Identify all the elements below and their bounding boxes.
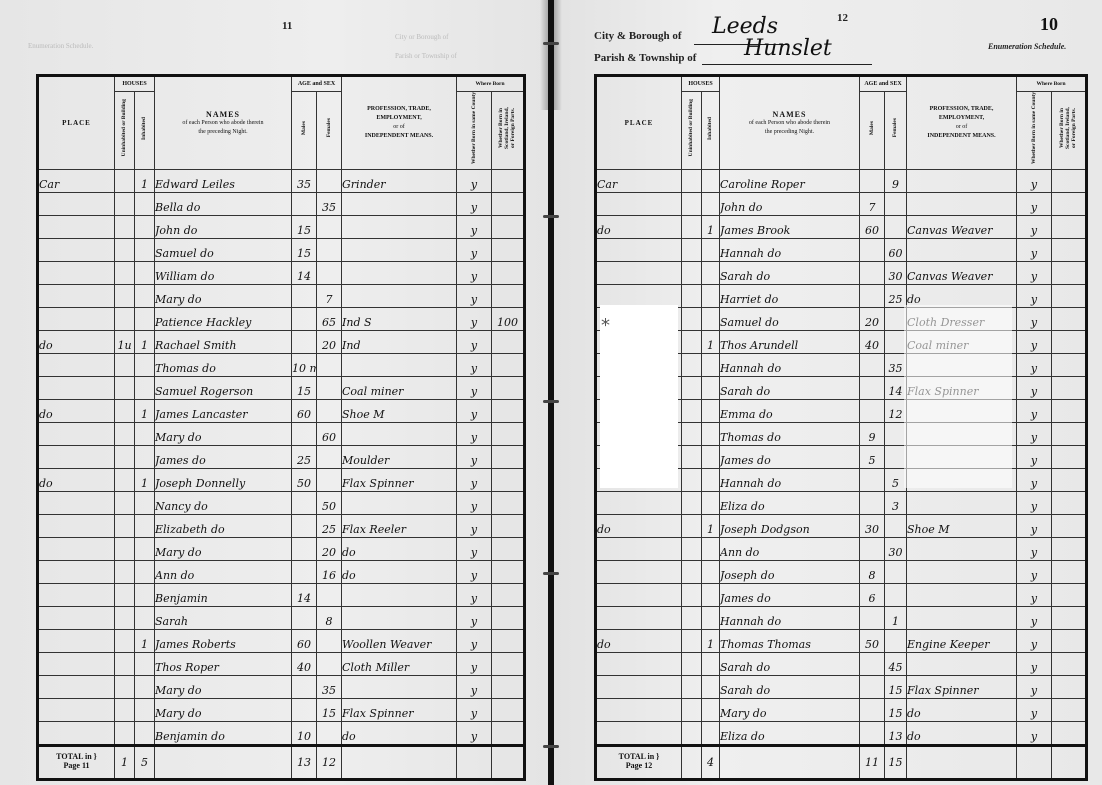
cell-male-age: 14 bbox=[292, 584, 317, 607]
cell-female-age: 45 bbox=[885, 653, 907, 676]
cell-place bbox=[38, 653, 115, 676]
cell-uninhabited bbox=[115, 722, 135, 746]
cell-inhabited bbox=[702, 377, 720, 400]
col-place: PLACE bbox=[38, 76, 115, 170]
cell-uninhabited bbox=[682, 354, 702, 377]
cell-name: Harriet do bbox=[720, 285, 860, 308]
cell-name: Mary do bbox=[155, 676, 292, 699]
cell-place bbox=[596, 676, 682, 699]
cell-inhabited bbox=[135, 676, 155, 699]
cell-born-county: y bbox=[457, 722, 492, 746]
cell-uninhabited bbox=[682, 538, 702, 561]
cell-uninhabited bbox=[682, 561, 702, 584]
cell-profession: Moulder bbox=[342, 446, 457, 469]
cell-uninhabited bbox=[115, 354, 135, 377]
cell-name: Samuel do bbox=[720, 308, 860, 331]
cell-born-county: y bbox=[457, 216, 492, 239]
cell-born-other bbox=[492, 170, 525, 193]
col-inhabited-label: Inhabited bbox=[141, 117, 147, 140]
table-row: Mary do60y bbox=[38, 423, 525, 446]
cell-profession: Ind bbox=[342, 331, 457, 354]
cell-name: Caroline Roper bbox=[720, 170, 860, 193]
cell-female-age: 7 bbox=[317, 285, 342, 308]
left-page-number: 11 bbox=[282, 20, 292, 32]
cell-profession bbox=[342, 354, 457, 377]
cell-name: Nancy do bbox=[155, 492, 292, 515]
cell-born-other bbox=[1052, 285, 1087, 308]
cell-born-county: y bbox=[1017, 285, 1052, 308]
table-row: James do25Mouldery bbox=[38, 446, 525, 469]
cell-born-other bbox=[1052, 515, 1087, 538]
col-females-label: Females bbox=[326, 118, 332, 137]
cell-born-other bbox=[1052, 354, 1087, 377]
col-uninhabited-label: Uninhabited or Building bbox=[688, 99, 694, 156]
cell-uninhabited bbox=[682, 676, 702, 699]
col-males-label: Males bbox=[869, 121, 875, 135]
cell-born-other bbox=[492, 607, 525, 630]
cell-male-age: 50 bbox=[292, 469, 317, 492]
col-born-county-label: Whether Born in same County bbox=[1031, 92, 1037, 164]
cell-born-county: y bbox=[457, 193, 492, 216]
cell-uninhabited bbox=[682, 584, 702, 607]
cell-born-other bbox=[1052, 331, 1087, 354]
col-prof-1: PROFESSION, TRADE, bbox=[907, 105, 1016, 114]
cell-place bbox=[38, 676, 115, 699]
cell-born-county: y bbox=[1017, 561, 1052, 584]
cell-place bbox=[38, 538, 115, 561]
cell-inhabited bbox=[702, 446, 720, 469]
cell-male-age: 5 bbox=[860, 446, 885, 469]
cell-uninhabited bbox=[115, 308, 135, 331]
book-spine bbox=[548, 0, 554, 785]
cell-female-age: 1 bbox=[885, 607, 907, 630]
cell-uninhabited bbox=[682, 653, 702, 676]
col-born-scotland: Whether Born in Scotland, Ireland, or Fo… bbox=[492, 92, 525, 170]
cell-born-county: y bbox=[1017, 538, 1052, 561]
col-prof-3: or of bbox=[907, 123, 1016, 132]
cell-born-other bbox=[1052, 377, 1087, 400]
cell-place: do bbox=[38, 469, 115, 492]
cell-place bbox=[38, 377, 115, 400]
cell-profession: Flax Spinner bbox=[342, 469, 457, 492]
cell-born-other bbox=[1052, 607, 1087, 630]
table-row: Sarah do45y bbox=[596, 653, 1087, 676]
cell-female-age bbox=[317, 216, 342, 239]
cell-born-county: y bbox=[1017, 676, 1052, 699]
cell-name: Rachael Smith bbox=[155, 331, 292, 354]
cell-profession bbox=[342, 423, 457, 446]
cell-place bbox=[38, 308, 115, 331]
cell-uninhabited: 1u bbox=[115, 331, 135, 354]
col-names-sub1: of each Person who abode therein bbox=[720, 119, 859, 128]
col-prof-4: INDEPENDENT MEANS. bbox=[342, 132, 456, 141]
table-row: Mary do7y bbox=[38, 285, 525, 308]
col-born-scotland-label: Whether Born in Scotland, Ireland, or Fo… bbox=[1059, 104, 1077, 152]
cell-born-other bbox=[492, 423, 525, 446]
cell-female-age bbox=[885, 630, 907, 653]
cell-profession: Shoe M bbox=[907, 515, 1017, 538]
table-row: Samuel do15y bbox=[38, 239, 525, 262]
cell-uninhabited bbox=[115, 561, 135, 584]
cell-profession bbox=[907, 170, 1017, 193]
cell-female-age: 25 bbox=[317, 515, 342, 538]
cell-female-age: 30 bbox=[885, 262, 907, 285]
cell-name: Sarah do bbox=[720, 653, 860, 676]
cell-place bbox=[38, 515, 115, 538]
col-names-sub2: the preceding Night. bbox=[720, 128, 859, 137]
table-row: Ann do16doy bbox=[38, 561, 525, 584]
cell-born-other bbox=[492, 446, 525, 469]
total-uninhabited: 1 bbox=[115, 746, 135, 780]
cell-born-county: y bbox=[1017, 584, 1052, 607]
cell-uninhabited bbox=[115, 630, 135, 653]
col-born-scotland-label: Whether Born in Scotland, Ireland, or Fo… bbox=[498, 104, 516, 152]
cell-profession: Canvas Weaver bbox=[907, 262, 1017, 285]
col-born-scotland: Whether Born in Scotland, Ireland, or Fo… bbox=[1052, 92, 1087, 170]
cell-born-county: y bbox=[1017, 170, 1052, 193]
cell-born-county: y bbox=[457, 653, 492, 676]
cell-profession bbox=[907, 584, 1017, 607]
table-row: William do14y bbox=[38, 262, 525, 285]
cell-inhabited bbox=[135, 699, 155, 722]
cell-born-county: y bbox=[457, 354, 492, 377]
cell-inhabited bbox=[702, 584, 720, 607]
right-page: 12 10 Enumeration Schedule. City & Borou… bbox=[552, 0, 1102, 785]
cell-place: do bbox=[596, 515, 682, 538]
cell-female-age: 15 bbox=[317, 699, 342, 722]
cell-uninhabited bbox=[682, 469, 702, 492]
cell-uninhabited bbox=[115, 469, 135, 492]
cell-male-age bbox=[292, 607, 317, 630]
cell-profession: do bbox=[907, 722, 1017, 746]
cell-born-other bbox=[1052, 722, 1087, 746]
cell-profession: Shoe M bbox=[342, 400, 457, 423]
cell-place bbox=[38, 216, 115, 239]
cell-born-other bbox=[1052, 561, 1087, 584]
cell-inhabited: 1 bbox=[702, 216, 720, 239]
cell-born-county: y bbox=[457, 515, 492, 538]
cell-name: James Brook bbox=[720, 216, 860, 239]
cell-inhabited bbox=[135, 584, 155, 607]
cell-female-age bbox=[317, 377, 342, 400]
col-names-sub1: of each Person who abode therein bbox=[155, 119, 291, 128]
cell-male-age: 10 bbox=[292, 722, 317, 746]
total-born-blank bbox=[457, 746, 492, 780]
cell-born-county: y bbox=[1017, 262, 1052, 285]
cell-male-age bbox=[860, 285, 885, 308]
cell-born-other bbox=[492, 630, 525, 653]
cell-born-county: y bbox=[457, 377, 492, 400]
cell-inhabited: 1 bbox=[135, 331, 155, 354]
cell-uninhabited bbox=[682, 492, 702, 515]
table-row: Ann do30y bbox=[596, 538, 1087, 561]
col-prof-1: PROFESSION, TRADE, bbox=[342, 105, 456, 114]
table-row: CarCaroline Roper9y bbox=[596, 170, 1087, 193]
col-where-born: Where Born bbox=[457, 76, 525, 92]
table-row: Joseph do8y bbox=[596, 561, 1087, 584]
cell-uninhabited bbox=[682, 331, 702, 354]
cell-born-county: y bbox=[1017, 193, 1052, 216]
cell-uninhabited bbox=[682, 308, 702, 331]
cell-inhabited bbox=[702, 653, 720, 676]
cell-born-county: y bbox=[1017, 722, 1052, 746]
cell-name: Joseph Dodgson bbox=[720, 515, 860, 538]
total-row: TOTAL in }Page 11151312 bbox=[38, 746, 525, 780]
cell-inhabited bbox=[135, 308, 155, 331]
cell-name: Bella do bbox=[155, 193, 292, 216]
cell-female-age: 35 bbox=[317, 193, 342, 216]
cell-born-other bbox=[492, 285, 525, 308]
cell-born-county: y bbox=[1017, 469, 1052, 492]
cell-profession: Flax Spinner bbox=[907, 676, 1017, 699]
total-females: 12 bbox=[317, 746, 342, 780]
col-names-title: NAMES bbox=[720, 110, 859, 119]
cell-place bbox=[38, 239, 115, 262]
total-names-blank bbox=[720, 746, 860, 780]
table-row: 1James Roberts60Woollen Weavery bbox=[38, 630, 525, 653]
cell-male-age: 10 months bbox=[292, 354, 317, 377]
cell-name: James Roberts bbox=[155, 630, 292, 653]
cell-born-county: y bbox=[1017, 239, 1052, 262]
table-row: Mary do15doy bbox=[596, 699, 1087, 722]
col-names: NAMES of each Person who abode therein t… bbox=[720, 76, 860, 170]
cell-name: Thomas Thomas bbox=[720, 630, 860, 653]
cell-born-other bbox=[1052, 492, 1087, 515]
table-row: do1Joseph Dodgson30Shoe My bbox=[596, 515, 1087, 538]
cell-born-county: y bbox=[457, 262, 492, 285]
cell-name: Patience Hackley bbox=[155, 308, 292, 331]
cell-inhabited bbox=[135, 492, 155, 515]
cell-inhabited bbox=[135, 538, 155, 561]
cell-born-other bbox=[492, 239, 525, 262]
cell-uninhabited bbox=[115, 423, 135, 446]
cell-born-other bbox=[1052, 423, 1087, 446]
cell-female-age bbox=[317, 584, 342, 607]
cell-male-age: 40 bbox=[292, 653, 317, 676]
cell-place bbox=[596, 722, 682, 746]
cell-inhabited bbox=[135, 561, 155, 584]
cell-name: Hannah do bbox=[720, 469, 860, 492]
cell-male-age bbox=[860, 354, 885, 377]
total-males: 13 bbox=[292, 746, 317, 780]
cell-name: Sarah do bbox=[720, 676, 860, 699]
cell-inhabited bbox=[702, 469, 720, 492]
cell-born-other bbox=[492, 653, 525, 676]
cell-male-age bbox=[292, 423, 317, 446]
left-page: 11 Enumeration Schedule. City or Borough… bbox=[0, 0, 552, 785]
cell-male-age: 14 bbox=[292, 262, 317, 285]
cell-born-county: y bbox=[457, 676, 492, 699]
cell-place bbox=[596, 653, 682, 676]
cell-place: Car bbox=[38, 170, 115, 193]
cell-inhabited bbox=[702, 699, 720, 722]
col-females: Females bbox=[885, 92, 907, 170]
table-row: Sarah do15Flax Spinnery bbox=[596, 676, 1087, 699]
cell-name: William do bbox=[155, 262, 292, 285]
cell-uninhabited bbox=[115, 538, 135, 561]
cell-name: Thomas do bbox=[720, 423, 860, 446]
total-uninhabited bbox=[682, 746, 702, 780]
cell-female-age bbox=[317, 170, 342, 193]
cell-male-age: 15 bbox=[292, 216, 317, 239]
cell-uninhabited bbox=[682, 170, 702, 193]
cell-place: do bbox=[596, 216, 682, 239]
cell-uninhabited bbox=[682, 630, 702, 653]
cell-place bbox=[38, 561, 115, 584]
col-born-county: Whether Born in same County bbox=[1017, 92, 1052, 170]
cell-place bbox=[38, 584, 115, 607]
cell-born-other bbox=[1052, 538, 1087, 561]
cell-profession bbox=[907, 239, 1017, 262]
cell-name: John do bbox=[155, 216, 292, 239]
cell-female-age: 16 bbox=[317, 561, 342, 584]
table-row: Eliza do13doy bbox=[596, 722, 1087, 746]
cell-born-county: y bbox=[457, 607, 492, 630]
cell-born-county: y bbox=[1017, 515, 1052, 538]
col-names-title: NAMES bbox=[155, 110, 291, 119]
cell-female-age bbox=[885, 515, 907, 538]
parish-value: Hunslet bbox=[744, 36, 832, 61]
cell-female-age bbox=[885, 193, 907, 216]
table-row: Mary do15Flax Spinnery bbox=[38, 699, 525, 722]
cell-male-age bbox=[292, 699, 317, 722]
cell-born-other bbox=[1052, 699, 1087, 722]
col-inhabited: Inhabited bbox=[702, 92, 720, 170]
cell-name: James do bbox=[155, 446, 292, 469]
cell-place bbox=[38, 285, 115, 308]
col-born-county-label: Whether Born in same County bbox=[471, 92, 477, 164]
cell-inhabited: 1 bbox=[702, 630, 720, 653]
cell-inhabited bbox=[135, 377, 155, 400]
cell-name: James Lancaster bbox=[155, 400, 292, 423]
cell-born-other bbox=[1052, 170, 1087, 193]
cell-born-county: y bbox=[1017, 630, 1052, 653]
cell-name: James do bbox=[720, 446, 860, 469]
cell-inhabited bbox=[135, 285, 155, 308]
cell-born-other bbox=[492, 400, 525, 423]
cell-female-age: 20 bbox=[317, 331, 342, 354]
cell-born-other bbox=[1052, 193, 1087, 216]
cell-female-age: 65 bbox=[317, 308, 342, 331]
cell-male-age: 60 bbox=[860, 216, 885, 239]
col-prof-3: or of bbox=[342, 123, 456, 132]
cell-place bbox=[596, 538, 682, 561]
total-inhabited: 5 bbox=[135, 746, 155, 780]
table-row: Car1Edward Leiles35Grindery bbox=[38, 170, 525, 193]
cell-place: do bbox=[38, 331, 115, 354]
cell-name: Mary do bbox=[155, 538, 292, 561]
cell-place bbox=[38, 354, 115, 377]
table-row: do1Joseph Donnelly50Flax Spinnery bbox=[38, 469, 525, 492]
cell-female-age: 20 bbox=[317, 538, 342, 561]
cell-born-other bbox=[492, 676, 525, 699]
cell-born-other bbox=[1052, 308, 1087, 331]
total-females: 15 bbox=[885, 746, 907, 780]
cell-uninhabited bbox=[115, 193, 135, 216]
cell-born-county: y bbox=[457, 446, 492, 469]
cell-born-county: y bbox=[457, 308, 492, 331]
cell-inhabited bbox=[702, 354, 720, 377]
cell-place bbox=[596, 607, 682, 630]
cell-born-other bbox=[1052, 469, 1087, 492]
cell-place bbox=[38, 423, 115, 446]
col-inhabited: Inhabited bbox=[135, 92, 155, 170]
cell-male-age bbox=[860, 676, 885, 699]
cell-inhabited bbox=[135, 193, 155, 216]
faded-bleedthrough-left: Enumeration Schedule. bbox=[28, 42, 93, 50]
table-row: Bella do35y bbox=[38, 193, 525, 216]
cell-male-age bbox=[860, 699, 885, 722]
cell-inhabited: 1 bbox=[135, 630, 155, 653]
col-houses: HOUSES bbox=[115, 76, 155, 92]
cell-born-county: y bbox=[457, 492, 492, 515]
cell-born-county: y bbox=[457, 561, 492, 584]
col-uninhabited: Uninhabited or Building bbox=[115, 92, 135, 170]
cell-male-age bbox=[292, 492, 317, 515]
cell-born-other bbox=[1052, 262, 1087, 285]
cell-female-age bbox=[885, 584, 907, 607]
cell-male-age: 20 bbox=[860, 308, 885, 331]
cell-uninhabited bbox=[682, 285, 702, 308]
cell-female-age: 9 bbox=[885, 170, 907, 193]
cell-male-age bbox=[860, 239, 885, 262]
table-row: do1James Lancaster60Shoe My bbox=[38, 400, 525, 423]
cell-female-age: 30 bbox=[885, 538, 907, 561]
cell-born-county: y bbox=[457, 423, 492, 446]
total-inhabited: 4 bbox=[702, 746, 720, 780]
cell-inhabited bbox=[702, 262, 720, 285]
cell-born-other bbox=[492, 354, 525, 377]
cell-born-other bbox=[492, 216, 525, 239]
cell-inhabited: 1 bbox=[702, 515, 720, 538]
cell-male-age bbox=[292, 308, 317, 331]
cell-male-age bbox=[860, 607, 885, 630]
table-row: Mary do35y bbox=[38, 676, 525, 699]
table-row: do1Thomas Thomas50Engine Keepery bbox=[596, 630, 1087, 653]
cell-profession bbox=[342, 262, 457, 285]
cell-profession: Flax Reeler bbox=[342, 515, 457, 538]
cell-profession bbox=[342, 216, 457, 239]
cell-born-other bbox=[492, 492, 525, 515]
table-row: Benjamin do10doy bbox=[38, 722, 525, 746]
table-row: do1u1Rachael Smith20Indy bbox=[38, 331, 525, 354]
cell-uninhabited bbox=[115, 515, 135, 538]
cell-inhabited bbox=[702, 676, 720, 699]
cell-place bbox=[596, 239, 682, 262]
cell-inhabited: 1 bbox=[702, 331, 720, 354]
cell-female-age: 35 bbox=[317, 676, 342, 699]
cell-male-age bbox=[860, 492, 885, 515]
cell-inhabited bbox=[135, 722, 155, 746]
cell-born-other: 100 bbox=[492, 308, 525, 331]
cell-born-other bbox=[492, 515, 525, 538]
cell-male-age bbox=[860, 262, 885, 285]
cell-male-age: 35 bbox=[292, 170, 317, 193]
col-names-sub2: the preceding Night. bbox=[155, 128, 291, 137]
cell-profession: Woollen Weaver bbox=[342, 630, 457, 653]
cell-name: Thos Arundell bbox=[720, 331, 860, 354]
cell-profession bbox=[342, 193, 457, 216]
cell-male-age: 6 bbox=[860, 584, 885, 607]
cell-inhabited bbox=[135, 607, 155, 630]
cell-profession bbox=[342, 676, 457, 699]
cell-name: Samuel Rogerson bbox=[155, 377, 292, 400]
cell-female-age bbox=[885, 561, 907, 584]
table-row: John do7y bbox=[596, 193, 1087, 216]
total-born-other-blank bbox=[1052, 746, 1087, 780]
cell-born-county: y bbox=[457, 699, 492, 722]
cell-uninhabited bbox=[682, 400, 702, 423]
